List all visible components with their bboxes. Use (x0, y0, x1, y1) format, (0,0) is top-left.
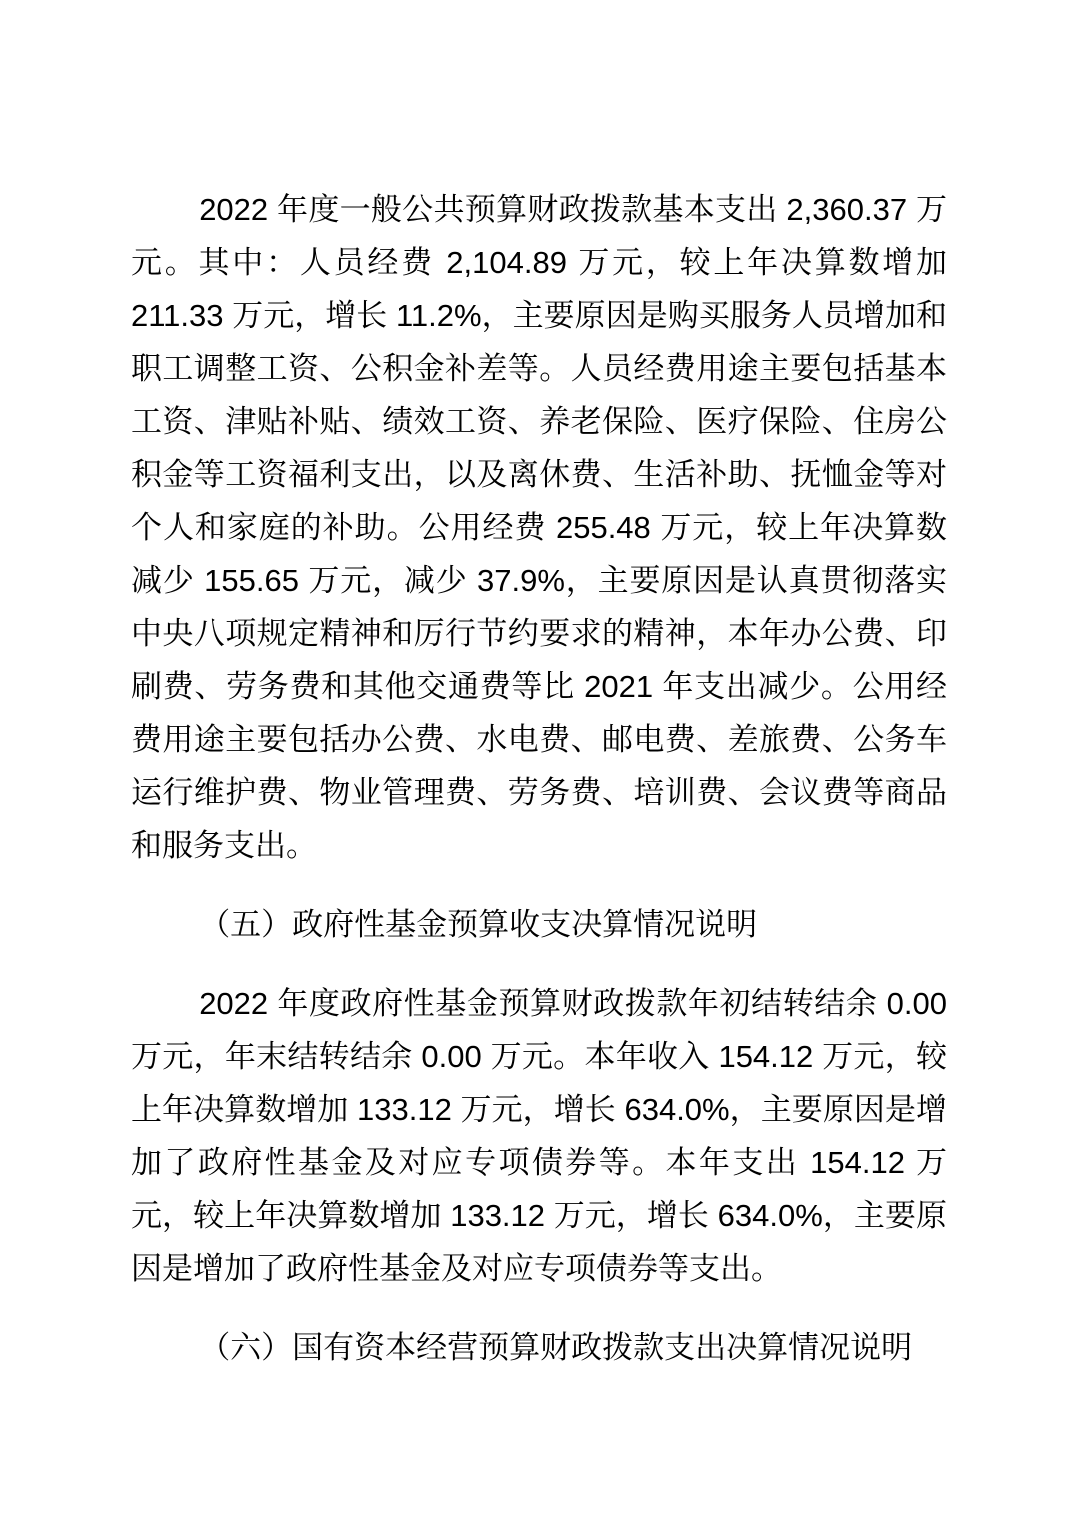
heading-section-6: （六）国有资本经营预算财政拨款支出决算情况说明 (131, 1321, 947, 1374)
paragraph-gov-fund-budget: 2022 年度政府性基金预算财政拨款年初结转结余 0.00 万元，年末结转结余 … (131, 977, 947, 1295)
document-page: 2022 年度一般公共预算财政拨款基本支出 2,360.37 万元。其中：人员经… (0, 0, 1075, 1520)
paragraph-basic-expenditure: 2022 年度一般公共预算财政拨款基本支出 2,360.37 万元。其中：人员经… (131, 183, 947, 872)
heading-section-5: （五）政府性基金预算收支决算情况说明 (131, 898, 947, 951)
